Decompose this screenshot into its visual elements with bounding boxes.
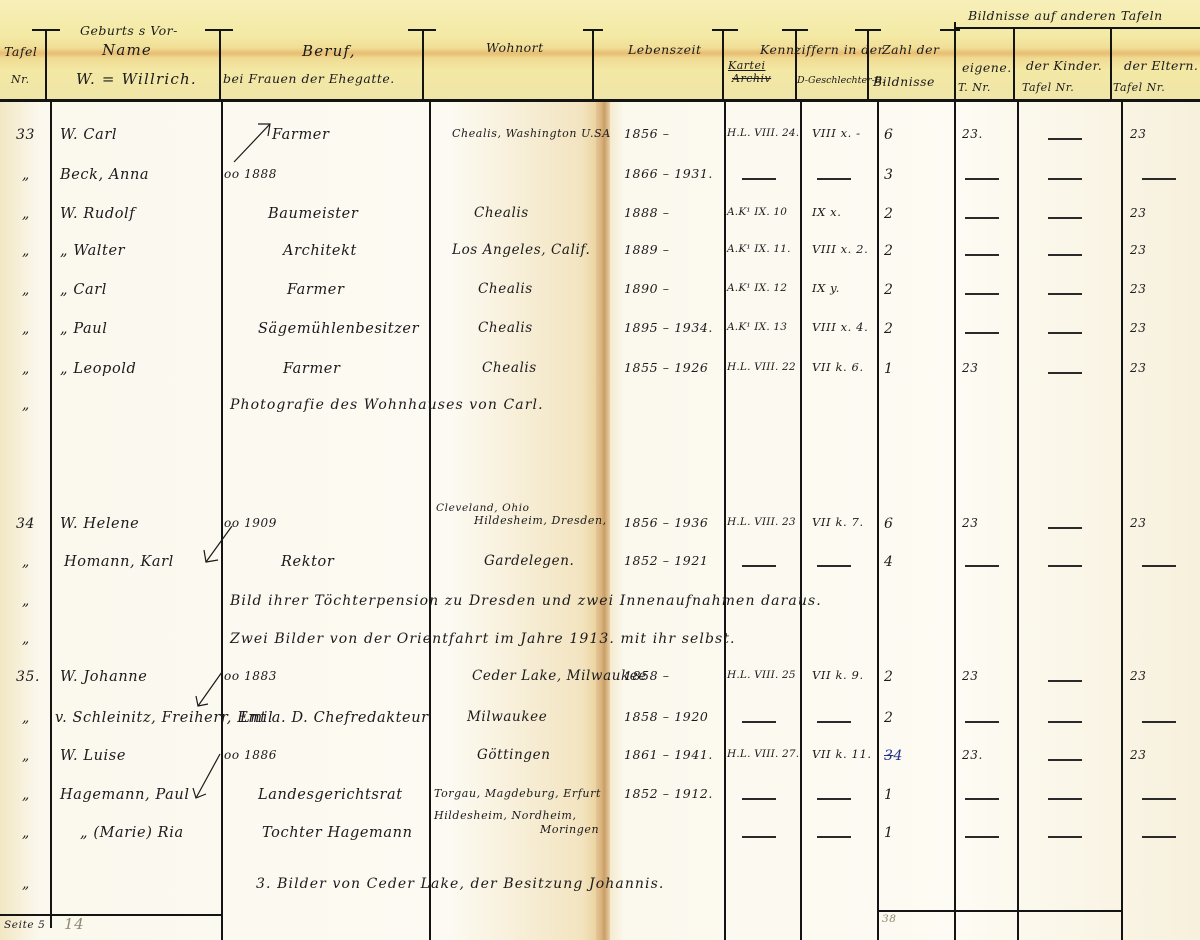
row-eltern-tafel: 23 (1130, 362, 1146, 374)
header-divider (954, 22, 956, 101)
column-rule (724, 100, 726, 940)
row-kinder-tafel-empty-dash (1048, 565, 1082, 567)
row-kartei: A.K¹ IX. 13 (727, 322, 787, 333)
header-divider (867, 29, 869, 101)
row-name: „ Walter (60, 244, 125, 259)
row-kinder-tafel-empty-dash (1048, 680, 1082, 682)
header-divider (592, 29, 594, 101)
row-kinder-tafel-empty-dash (1048, 721, 1082, 723)
row-wohnort-2: Hildesheim, Dresden, (474, 515, 607, 526)
row-wohnort: Torgau, Magdeburg, Erfurt (434, 788, 601, 799)
row-name: Homann, Karl (64, 555, 174, 570)
header-eigene-nr: T. Nr. (958, 82, 991, 93)
row-beruf: Architekt (283, 244, 357, 259)
row-zahl-bildnisse: 1 (884, 788, 894, 802)
header-name: Name (102, 43, 152, 58)
column-rule (877, 100, 879, 940)
row-kinder-tafel-empty-dash (1048, 293, 1082, 295)
row-lebenszeit: 1852 – 1912. (624, 788, 713, 801)
row-wohnort: Chealis, Washington U.SA (452, 128, 611, 139)
header-divider (795, 29, 797, 101)
row-kinder-tafel-empty-dash (1048, 527, 1082, 529)
row-zahl-bildnisse: 2 (884, 670, 894, 684)
row-tafel-number: „ (22, 398, 30, 412)
row-note: 3. Bilder von Ceder Lake, der Besitzung … (256, 877, 664, 891)
row-tafel-number: „ (22, 207, 30, 221)
row-eltern-tafel-empty-dash (1142, 178, 1176, 180)
row-zahl-bildnisse: 2 (884, 207, 894, 221)
row-eltern-tafel: 23 (1130, 283, 1146, 295)
row-name: W. Carl (60, 128, 117, 143)
row-tafel-number: 33 (16, 128, 35, 142)
row-lebenszeit: 1856 – (624, 128, 670, 141)
row-kartei: H.L. VIII. 22 (727, 362, 796, 373)
row-kinder-tafel-empty-dash (1048, 254, 1082, 256)
row-lebenszeit: 1890 – (624, 283, 670, 296)
row-kartei: H.L. VIII. 24. (727, 128, 799, 139)
row-name: W. Johanne (60, 670, 147, 685)
arrow-marriage-icon (192, 670, 226, 712)
row-tafel-number: „ (22, 555, 30, 569)
header-eltern: der Eltern. (1124, 60, 1198, 73)
column-rule (221, 100, 223, 940)
row-zahl-bildnisse: 2 (884, 322, 894, 336)
row-geschlechterbuch: VIII x. - (812, 128, 861, 140)
column-rule (50, 100, 52, 928)
row-tafel-number: 35. (16, 670, 40, 684)
row-kinder-tafel-empty-dash (1048, 836, 1082, 838)
row-name: „ Leopold (60, 362, 136, 377)
row-wohnort: Chealis (474, 207, 529, 221)
row-lebenszeit: 1858 – 1920 (624, 711, 708, 724)
row-beruf: Rektor (281, 555, 334, 570)
row-zahl-bildnisse: 4 (884, 555, 894, 569)
row-eigene-tafel-empty-dash (965, 565, 999, 567)
row-geschlechterbuch: VII k. 7. (812, 517, 864, 529)
row-name: W. Rudolf (60, 207, 135, 222)
header-eltern-nr: Tafel Nr. (1113, 82, 1165, 93)
header-tafel: Tafel (4, 46, 37, 59)
row-kartei: A.K¹ IX. 10 (727, 207, 787, 218)
row-kartei: H.L. VIII. 25 (727, 670, 796, 681)
footer-rule-right (877, 910, 1122, 912)
row-kinder-tafel-empty-dash (1048, 217, 1082, 219)
arrow-marriage-icon (198, 524, 238, 566)
header-divider (722, 29, 724, 101)
row-name: Beck, Anna (60, 168, 149, 183)
row-tafel-number: „ (22, 711, 30, 725)
row-beruf: Farmer (283, 362, 341, 377)
row-kinder-tafel-empty-dash (1048, 178, 1082, 180)
row-wohnort-2: Moringen (540, 824, 599, 835)
row-eltern-tafel-empty-dash (1142, 836, 1176, 838)
row-tafel-number: „ (22, 877, 30, 891)
header-divider (1110, 29, 1112, 101)
row-zahl-bildnisse: 2 (884, 244, 894, 258)
row-note: Photografie des Wohnhauses von Carl. (230, 398, 544, 412)
header-divider (219, 29, 221, 101)
row-tafel-number: „ (22, 362, 30, 376)
header-bildnisse: Bildnisse (873, 76, 935, 89)
row-geschlechterbuch: VII k. 6. (812, 362, 864, 374)
header-kennziffern: Kennziffern in der (760, 44, 884, 57)
row-geschlechterbuch-empty-dash (817, 178, 851, 180)
row-eltern-tafel: 23 (1130, 128, 1146, 140)
arrow-marriage-icon (190, 752, 224, 802)
row-kartei-empty-dash (742, 798, 776, 800)
row-kinder-tafel-empty-dash (1048, 798, 1082, 800)
row-eigene-tafel-empty-dash (965, 332, 999, 334)
row-lebenszeit: 1895 – 1934. (624, 322, 713, 335)
row-geschlechterbuch: IX y. (812, 283, 840, 295)
row-beruf: Farmer (287, 283, 345, 298)
row-eltern-tafel: 23 (1130, 517, 1146, 529)
row-zahl-bildnisse: 2 (884, 283, 894, 297)
row-eigene-tafel: 23. (962, 128, 983, 140)
row-lebenszeit: 1855 – 1926 (624, 362, 708, 375)
row-beruf: Lnt a. D. Chefredakteur (240, 711, 429, 726)
row-beruf: Tochter Hagemann (262, 826, 413, 841)
row-lebenszeit: 1858 – (624, 670, 670, 683)
header-archiv: Archiv (732, 73, 771, 84)
header-lebenszeit: Lebenszeit (628, 44, 702, 57)
row-tafel-number: „ (22, 594, 30, 608)
row-kartei-empty-dash (742, 178, 776, 180)
row-beruf: oo 1886 (224, 749, 277, 761)
header-tbar (940, 29, 960, 31)
header-bildnisse-group: Bildnisse auf anderen Tafeln (968, 10, 1163, 23)
row-note: Bild ihrer Töchterpension zu Dresden und… (230, 594, 822, 608)
row-eigene-tafel-empty-dash (965, 798, 999, 800)
arrow-marriage-icon (230, 116, 290, 166)
row-tafel-number: 34 (16, 517, 35, 531)
row-wohnort: Cleveland, Ohio (436, 503, 530, 514)
row-eltern-tafel: 23 (1130, 207, 1146, 219)
row-eltern-tafel-empty-dash (1142, 798, 1176, 800)
header-kinder: der Kinder. (1026, 60, 1102, 73)
row-wohnort: Los Angeles, Calif. (452, 244, 590, 258)
row-geschlechterbuch-empty-dash (817, 836, 851, 838)
row-lebenszeit: 1856 – 1936 (624, 517, 708, 530)
column-rule (1017, 100, 1019, 940)
row-kinder-tafel-empty-dash (1048, 372, 1082, 374)
row-beruf: oo 1883 (224, 670, 277, 682)
row-eigene-tafel-empty-dash (965, 178, 999, 180)
row-note: Zwei Bilder von der Orientfahrt im Jahre… (230, 632, 736, 646)
row-eigene-tafel-empty-dash (965, 217, 999, 219)
row-lebenszeit: 1861 – 1941. (624, 749, 713, 762)
row-zahl-bildnisse: 2 (884, 711, 894, 725)
row-geschlechterbuch: IX x. (812, 207, 842, 219)
row-eltern-tafel-empty-dash (1142, 721, 1176, 723)
row-name: „ Carl (60, 283, 107, 298)
row-tafel-number: „ (22, 322, 30, 336)
column-rule (954, 100, 956, 940)
footer-rule-left (0, 914, 222, 916)
row-name: W. Luise (60, 749, 126, 764)
row-beruf: Sägemühlenbesitzer (258, 322, 419, 337)
footer-seite: Seite 5 (4, 920, 45, 931)
row-zahl-bildnisse: 6 (884, 128, 894, 142)
row-eltern-tafel: 23 (1130, 322, 1146, 334)
row-eigene-tafel-empty-dash (965, 254, 999, 256)
row-geschlechterbuch-empty-dash (817, 565, 851, 567)
row-kinder-tafel-empty-dash (1048, 138, 1082, 140)
row-geschlechterbuch: VIII x. 4. (812, 322, 868, 334)
row-kartei: H.L. VIII. 23 (727, 517, 796, 528)
row-eigene-tafel-empty-dash (965, 721, 999, 723)
row-beruf: Landesgerichtsrat (258, 788, 403, 803)
row-kartei: A.K¹ IX. 12 (727, 283, 787, 294)
header-bottom-rule (0, 99, 1200, 102)
row-lebenszeit: 1889 – (624, 244, 670, 257)
header-divider (1013, 29, 1015, 101)
header-kinder-nr: Tafel Nr. (1022, 82, 1074, 93)
row-eigene-tafel-empty-dash (965, 836, 999, 838)
footer-right-count: 38 (882, 914, 897, 925)
row-tafel-number: „ (22, 632, 30, 646)
footer-left-count: 14 (64, 917, 84, 932)
header-kartei: Kartei (728, 60, 765, 71)
row-eigene-tafel-empty-dash (965, 293, 999, 295)
row-tafel-number: „ (22, 168, 30, 182)
column-rule (429, 100, 431, 940)
row-zahl-bildnisse: 1 (884, 826, 894, 840)
header-w-willrich: W. = Willrich. (76, 72, 197, 87)
row-wohnort: Chealis (478, 322, 533, 336)
row-eigene-tafel: 23. (962, 749, 983, 761)
header-nr: Nr. (11, 74, 30, 85)
row-wohnort: Chealis (478, 283, 533, 297)
row-wohnort: Chealis (482, 362, 537, 376)
row-beruf: Baumeister (268, 207, 358, 222)
row-name: W. Helene (60, 517, 139, 532)
row-eltern-tafel: 23 (1130, 749, 1146, 761)
row-tafel-number: „ (22, 826, 30, 840)
row-eigene-tafel: 23 (962, 517, 978, 529)
row-beruf: oo 1888 (224, 168, 277, 180)
header-beruf: Beruf, (302, 44, 356, 59)
column-rule (800, 100, 802, 940)
row-zahl-bildnisse: 1 (884, 362, 894, 376)
row-kartei-empty-dash (742, 836, 776, 838)
row-eigene-tafel: 23 (962, 362, 978, 374)
row-name: „ (Marie) Ria (80, 826, 184, 841)
row-tafel-number: „ (22, 788, 30, 802)
row-name: Hagemann, Paul (60, 788, 190, 803)
row-eltern-tafel: 23 (1130, 670, 1146, 682)
header-ehegatte: bei Frauen der Ehegatte. (223, 73, 395, 86)
row-tafel-number: „ (22, 283, 30, 297)
header-zahl-der: Zahl der (882, 44, 940, 57)
row-wohnort: Göttingen (477, 749, 551, 763)
row-geschlechterbuch: VII k. 11. (812, 749, 872, 761)
bildnisse-group-rule (955, 27, 1200, 29)
row-wohnort: Milwaukee (467, 711, 547, 725)
row-lebenszeit: 1852 – 1921 (624, 555, 708, 568)
header-divider (422, 29, 424, 101)
row-lebenszeit: 1888 – (624, 207, 670, 220)
header-divider (45, 29, 47, 101)
row-geschlechterbuch: VIII x. 2. (812, 244, 868, 256)
row-kinder-tafel-empty-dash (1048, 332, 1082, 334)
row-zahl-bildnisse: 34 (884, 749, 903, 763)
row-kartei-empty-dash (742, 721, 776, 723)
row-eltern-tafel: 23 (1130, 244, 1146, 256)
header-geburts: Geburts s Vor- (80, 25, 178, 38)
row-name: „ Paul (60, 322, 107, 337)
row-geschlechterbuch-empty-dash (817, 721, 851, 723)
row-zahl-bildnisse: 3 (884, 168, 894, 182)
row-wohnort: Gardelegen. (484, 555, 574, 569)
column-rule (1121, 100, 1123, 940)
row-tafel-number: „ (22, 749, 30, 763)
header-eigene: eigene. (962, 62, 1012, 75)
row-tafel-number: „ (22, 244, 30, 258)
row-lebenszeit: 1866 – 1931. (624, 168, 713, 181)
row-kinder-tafel-empty-dash (1048, 759, 1082, 761)
row-kartei-empty-dash (742, 565, 776, 567)
row-geschlechterbuch-empty-dash (817, 798, 851, 800)
row-eigene-tafel: 23 (962, 670, 978, 682)
header-wohnort: Wohnort (486, 42, 544, 55)
row-wohnort: Ceder Lake, Milwaukee (472, 670, 647, 684)
row-kartei: H.L. VIII. 27. (727, 749, 799, 760)
row-kartei: A.K¹ IX. 11. (727, 244, 791, 255)
header-geschlechterbuch: D-Geschlechter-B. (797, 76, 885, 86)
row-wohnort: Hildesheim, Nordheim, (434, 810, 577, 821)
row-geschlechterbuch: VII k. 9. (812, 670, 864, 682)
row-zahl-bildnisse: 6 (884, 517, 894, 531)
row-eltern-tafel-empty-dash (1142, 565, 1176, 567)
header-tbar (712, 29, 738, 31)
